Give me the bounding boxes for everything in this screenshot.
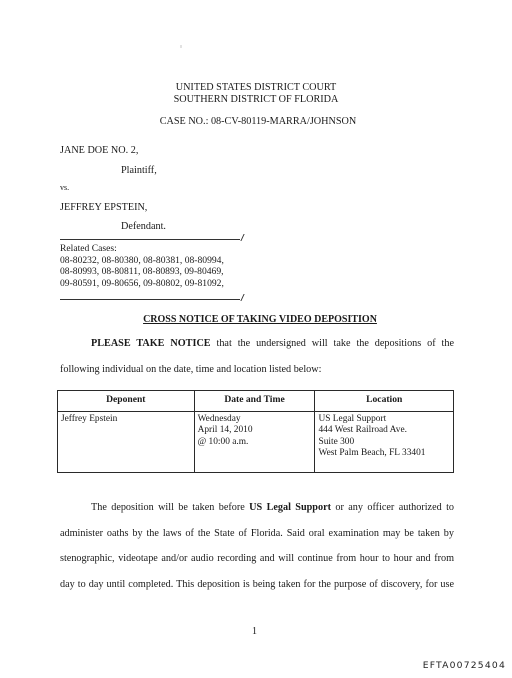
location-line: 444 West Railroad Ave.: [318, 425, 450, 436]
paragraph-line: The deposition will be taken before US L…: [60, 502, 454, 528]
document-title: CROSS NOTICE OF TAKING VIDEO DEPOSITION: [0, 314, 512, 325]
caption-divider: [60, 239, 240, 240]
court-district: SOUTHERN DISTRICT OF FLORIDA: [0, 94, 512, 106]
defendant-role: Defendant.: [121, 221, 166, 232]
bates-stamp: EFTA00725404: [423, 660, 506, 671]
date-line: April 14, 2010: [198, 425, 312, 436]
location-cell: US Legal Support 444 West Railroad Ave. …: [315, 412, 454, 473]
date-line: @ 10:00 a.m.: [198, 437, 312, 448]
case-number: CASE NO.: 08-CV-80119-MARRA/JOHNSON: [0, 116, 512, 127]
deposition-schedule-table: Deponent Date and Time Location Jeffrey …: [57, 390, 454, 473]
table-header-row: Deponent Date and Time Location: [58, 391, 454, 412]
date-time-cell: Wednesday April 14, 2010 @ 10:00 a.m.: [194, 412, 315, 473]
divider-slash: [240, 234, 245, 241]
related-cases-label: Related Cases:: [60, 243, 224, 255]
deposition-paragraph: The deposition will be taken before US L…: [60, 502, 454, 604]
plaintiff-name: JANE DOE NO. 2,: [60, 145, 138, 156]
notice-text: that the undersigned will take the depos…: [211, 338, 454, 349]
paragraph-line: administer oaths by the laws of the Stat…: [60, 528, 454, 554]
notice-line: following individual on the date, time a…: [60, 364, 454, 390]
plaintiff-role: Plaintiff,: [121, 165, 157, 176]
location-line: Suite 300: [318, 437, 450, 448]
notice-paragraph: PLEASE TAKE NOTICE that the undersigned …: [60, 338, 454, 389]
related-cases-divider: [60, 299, 240, 300]
paragraph-line: stenographic, videotape and/or audio rec…: [60, 553, 454, 579]
divider-slash: [240, 294, 245, 301]
defendant-name: JEFFREY EPSTEIN,: [60, 202, 147, 213]
column-header-date-time: Date and Time: [194, 391, 315, 412]
related-cases-line: 09-80591, 09-80656, 09-80802, 09-81092,: [60, 278, 224, 290]
versus-label: vs.: [60, 183, 69, 192]
location-line: West Palm Beach, FL 33401: [318, 448, 450, 459]
column-header-location: Location: [315, 391, 454, 412]
paragraph-text: or any officer authorized to: [331, 502, 454, 513]
page-number: 1: [252, 626, 257, 637]
notice-line: PLEASE TAKE NOTICE that the undersigned …: [60, 338, 454, 364]
related-cases: Related Cases: 08-80232, 08-80380, 08-80…: [60, 243, 224, 289]
scan-speck: [180, 45, 182, 48]
paragraph-text: The deposition will be taken before: [91, 502, 249, 513]
deponent-cell: Jeffrey Epstein: [58, 412, 195, 473]
court-name: UNITED STATES DISTRICT COURT: [0, 82, 512, 94]
related-cases-line: 08-80993, 08-80811, 08-80893, 09-80469,: [60, 266, 224, 278]
paragraph-line: day to day until completed. This deposit…: [60, 579, 454, 605]
court-heading: UNITED STATES DISTRICT COURT SOUTHERN DI…: [0, 82, 512, 106]
related-cases-line: 08-80232, 08-80380, 08-80381, 08-80994,: [60, 255, 224, 267]
reporter-name: US Legal Support: [249, 502, 331, 513]
column-header-deponent: Deponent: [58, 391, 195, 412]
date-line: Wednesday: [198, 414, 312, 425]
location-line: US Legal Support: [318, 414, 450, 425]
notice-lead: PLEASE TAKE NOTICE: [91, 338, 211, 349]
table-row: Jeffrey Epstein Wednesday April 14, 2010…: [58, 412, 454, 473]
